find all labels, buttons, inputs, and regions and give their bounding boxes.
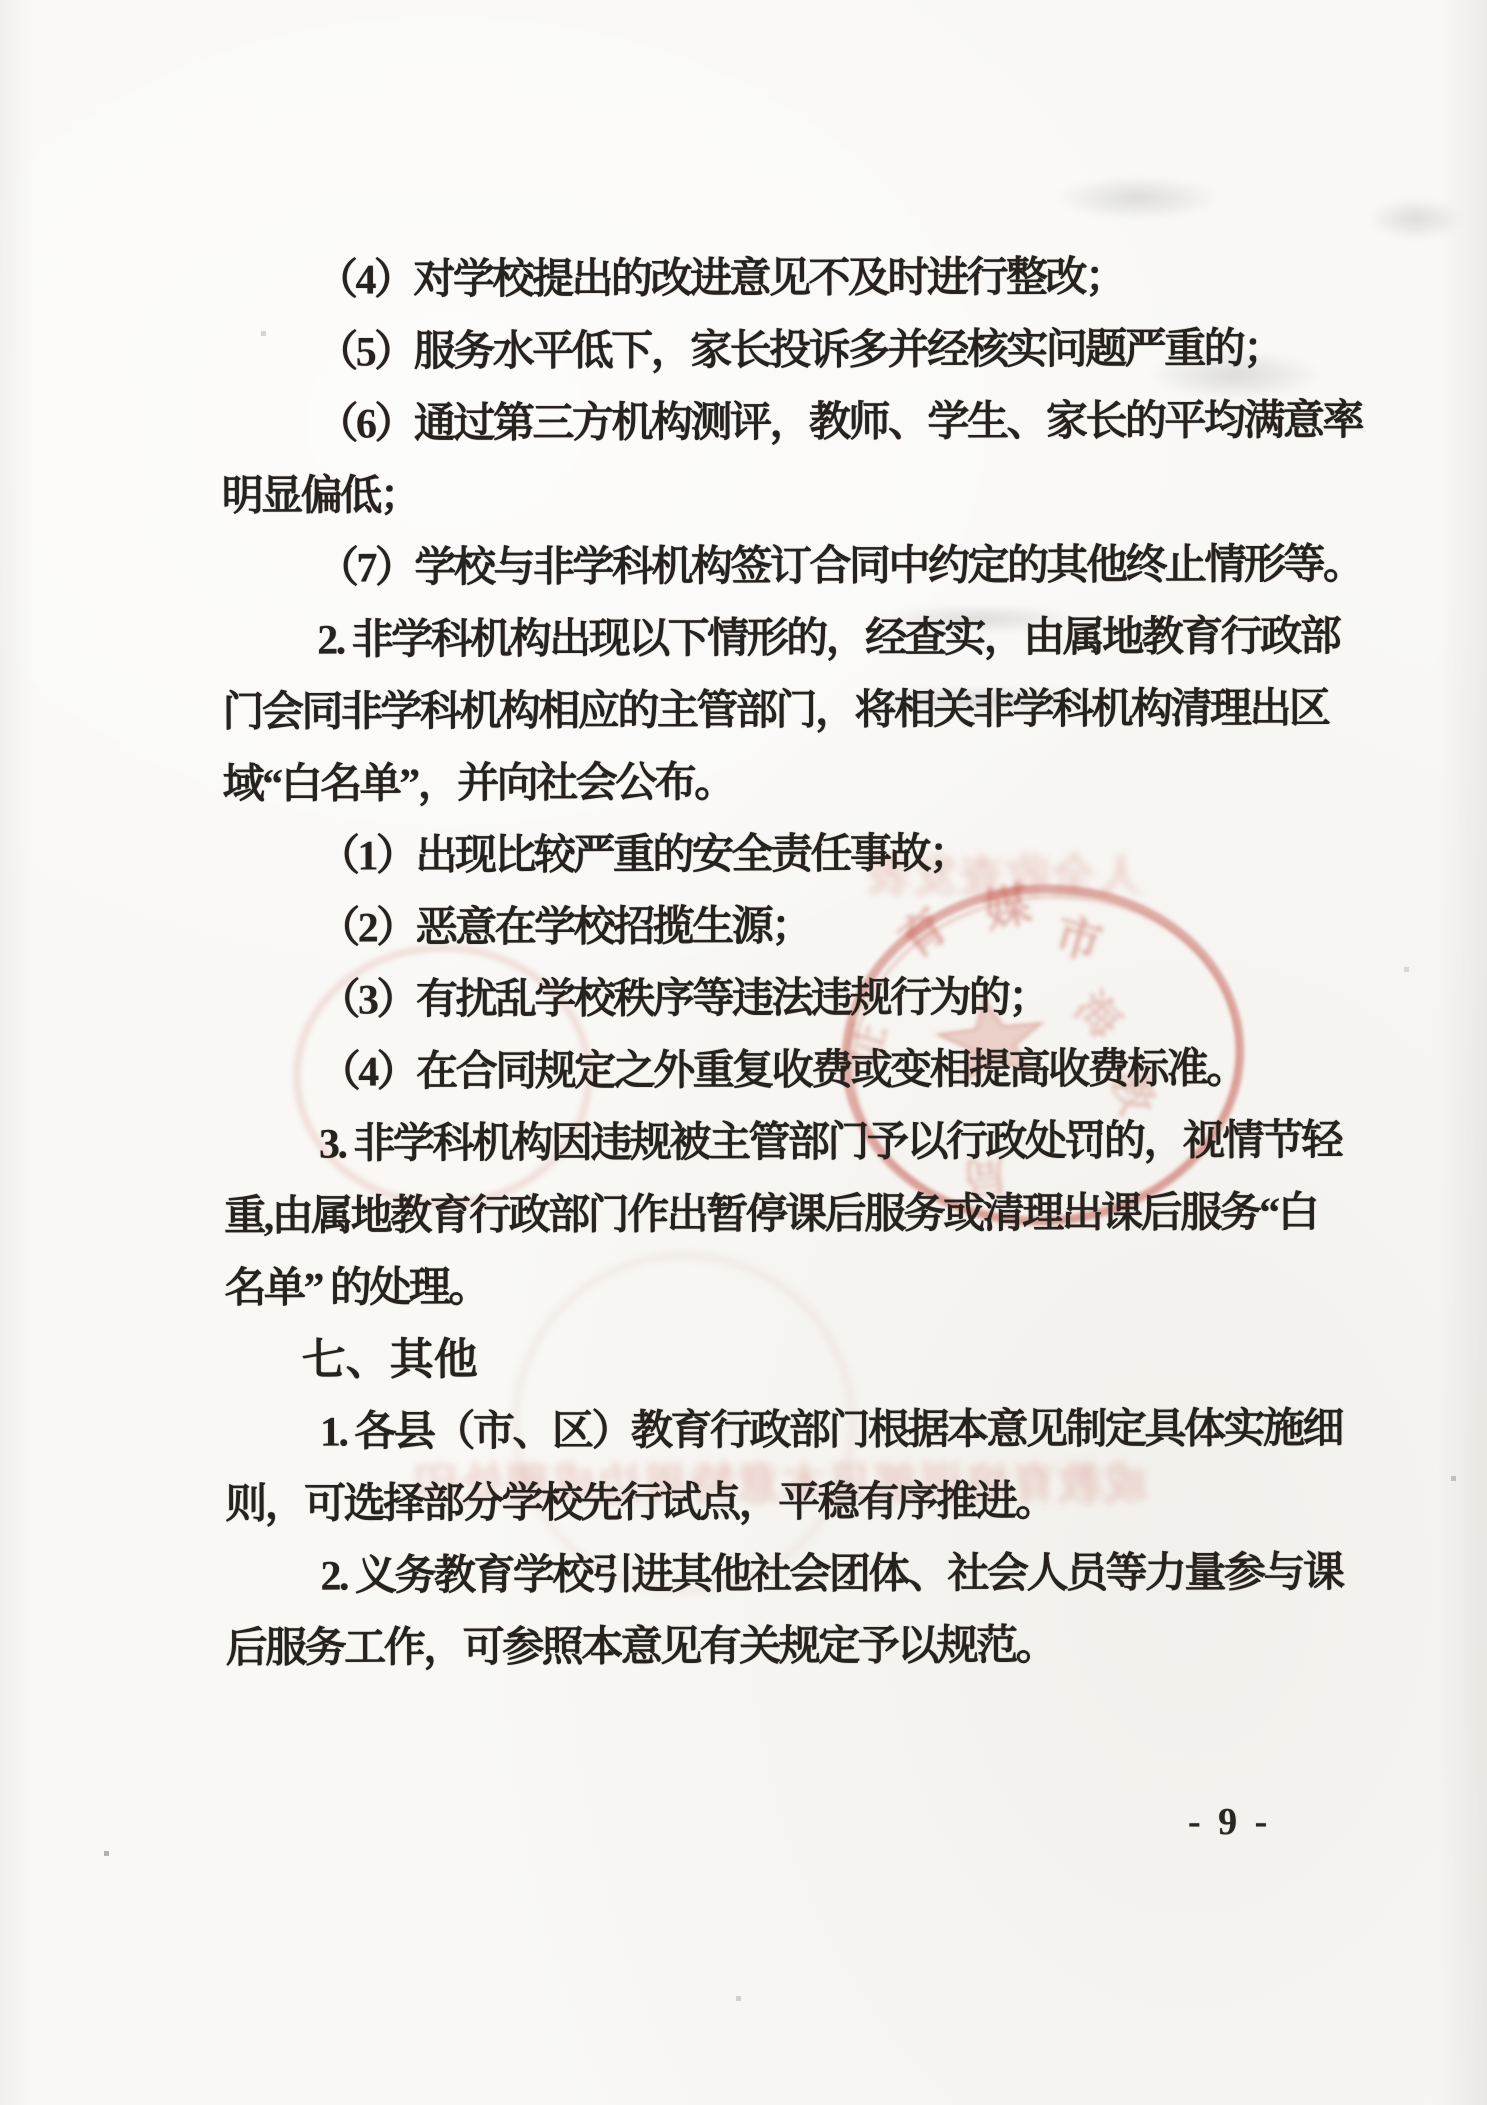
body-line-04: 明显偏低； <box>222 468 420 525</box>
body-line-03: （6）通过第三方机构测评，教师、学生、家长的平均满意率 <box>221 393 1362 453</box>
body-line-13: 3. 非学科机构因违规被主管部门予以行政处罚的，视情节轻 <box>224 1113 1341 1173</box>
scan-smudge <box>1055 176 1220 220</box>
body-line-05: （7）学校与非学科机构签订合同中约定的其他终止情形等。 <box>222 537 1363 597</box>
page-number: - 9 - <box>1188 1800 1308 1844</box>
body-line-07: 门会同非学科机构相应的主管部门，将相关非学科机构清理出区 <box>222 681 1328 741</box>
body-line-01: （4）对学校提出的改进意见不及时进行整改； <box>221 250 1125 309</box>
body-line-18: 则，可选择部分学校先行试点，平稳有序推进。 <box>225 1474 1055 1533</box>
body-line-14: 重,由属地教育行政部门作出暂停课后服务或清理出课后服务“白 <box>224 1185 1317 1245</box>
body-line-12: （4）在合同规定之外重复收费或变相提高收费标准。 <box>224 1041 1246 1101</box>
body-line-08: 域“白名单”，并向社会公布。 <box>223 755 734 813</box>
body-line-06: 2. 非学科机构出现以下情形的，经查实，由属地教育行政部 <box>222 609 1339 669</box>
body-line-02: （5）服务水平低下，家长投诉多并经核实问题严重的； <box>221 321 1283 381</box>
scan-edge-shadow-left <box>0 0 34 2105</box>
scan-edge-shadow-right <box>1437 0 1487 2105</box>
body-line-09: （1）出现比较严重的安全责任事故； <box>223 826 969 885</box>
scan-specks <box>0 0 3 3</box>
body-line-17: 1. 各县（市、区）教育行政部门根据本意见制定具体实施细 <box>225 1401 1342 1461</box>
body-line-20: 后服务工作，可参照本意见有关规定予以规范。 <box>226 1618 1056 1677</box>
section-heading-qita: 七、其他 <box>225 1332 478 1389</box>
seal-char: 市 <box>1049 909 1107 971</box>
body-line-10: （2）恶意在学校招揽生源； <box>223 899 811 957</box>
body-line-19: 2. 义务教育学校引进其他社会团体、社会人员等力量参与课 <box>225 1545 1342 1605</box>
body-line-11: （3）有扰乱学校秩序等违法违规行为的； <box>223 970 1048 1029</box>
seal-char: 海 <box>1065 982 1131 1048</box>
scanned-document-page: 人全收查发表 或教育培训部见本意特周边成理处印 育 媒 市 海 证 教 局 <box>0 0 1487 2105</box>
body-line-15: 名单” 的处理。 <box>224 1260 488 1317</box>
document-body: （4）对学校提出的改进意见不及时进行整改； （5）服务水平低下，家长投诉多并经核… <box>220 0 1330 2</box>
